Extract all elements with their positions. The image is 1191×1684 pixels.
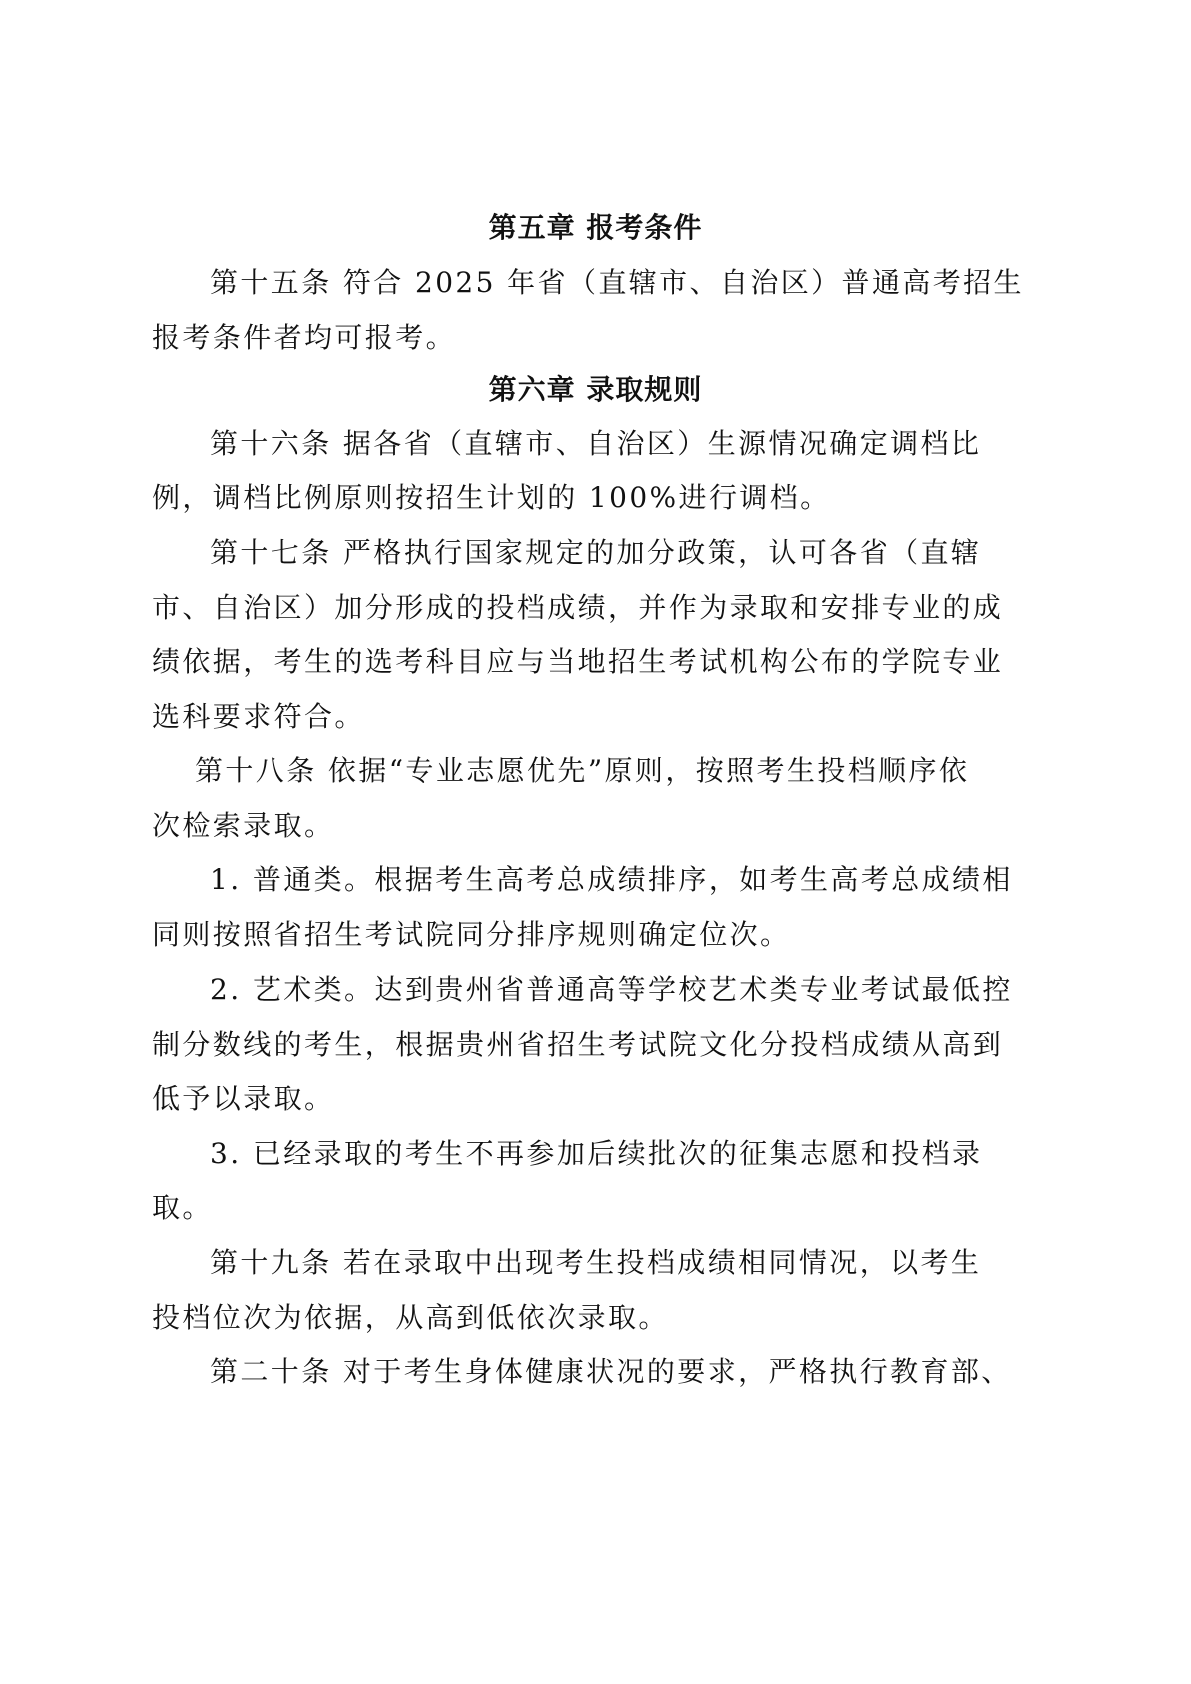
article-15-line-2: 报考条件者均可报考。 (152, 318, 972, 358)
article-16-line-2: 例，调档比例原则按招生计划的 100%进行调档。 (152, 478, 972, 518)
chapter-6-title: 第六章 录取规则 (0, 370, 1191, 410)
article-17-line-4: 选科要求符合。 (152, 697, 972, 737)
item-2-line-1: 2. 艺术类。达到贵州省普通高等学校艺术类专业考试最低控 (210, 970, 972, 1010)
item-2-line-3: 低予以录取。 (152, 1079, 972, 1119)
article-20-line-1: 第二十条 对于考生身体健康状况的要求，严格执行教育部、 (210, 1352, 972, 1392)
chapter-5-title: 第五章 报考条件 (0, 208, 1191, 248)
article-19-line-1: 第十九条 若在录取中出现考生投档成绩相同情况，以考生 (210, 1243, 972, 1283)
article-15-line-1: 第十五条 符合 2025 年省（直辖市、自治区）普通高考招生 (210, 263, 972, 303)
item-1-line-1: 1. 普通类。根据考生高考总成绩排序，如考生高考总成绩相 (210, 860, 972, 900)
article-19-line-2: 投档位次为依据，从高到低依次录取。 (152, 1298, 972, 1338)
article-17-line-3: 绩依据，考生的选考科目应与当地招生考试机构公布的学院专业 (152, 642, 972, 682)
article-18-line-2: 次检索录取。 (152, 806, 972, 846)
article-16-line-1: 第十六条 据各省（直辖市、自治区）生源情况确定调档比 (210, 424, 972, 464)
article-17-line-2: 市、自治区）加分形成的投档成绩，并作为录取和安排专业的成 (152, 588, 972, 628)
document-page: 第五章 报考条件 第十五条 符合 2025 年省（直辖市、自治区）普通高考招生 … (0, 0, 1191, 1684)
item-3-line-1: 3. 已经录取的考生不再参加后续批次的征集志愿和投档录 (210, 1134, 972, 1174)
item-2-line-2: 制分数线的考生，根据贵州省招生考试院文化分投档成绩从高到 (152, 1025, 972, 1065)
item-3-line-2: 取。 (152, 1188, 972, 1228)
article-17-line-1: 第十七条 严格执行国家规定的加分政策，认可各省（直辖 (210, 533, 972, 573)
item-1-line-2: 同则按照省招生考试院同分排序规则确定位次。 (152, 915, 972, 955)
article-18-line-1: 第十八条 依据“专业志愿优先”原则，按照考生投档顺序依 (195, 751, 972, 791)
